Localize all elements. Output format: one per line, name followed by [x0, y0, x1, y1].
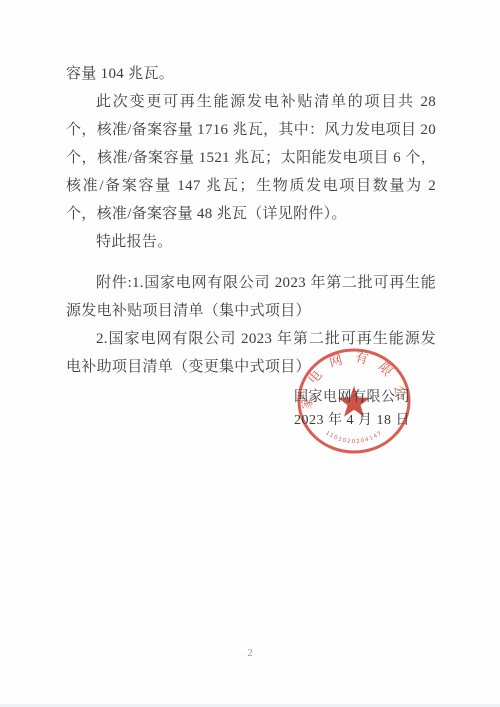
page-number: 2	[0, 647, 500, 659]
paragraph-capacity: 容量 104 兆瓦。	[66, 60, 436, 88]
signature-date: 2023 年 4 月 18 日	[292, 409, 412, 432]
paragraph-change-summary: 此次变更可再生能源发电补贴清单的项目共 28 个，核准/备案容量 1716 兆瓦…	[66, 88, 436, 228]
document-body: 容量 104 兆瓦。 此次变更可再生能源发电补贴清单的项目共 28 个，核准/备…	[66, 60, 436, 381]
paragraph-hereby-report: 特此报告。	[66, 228, 436, 256]
signature-company: 国家电网有限公司	[292, 386, 412, 409]
document-page: 容量 104 兆瓦。 此次变更可再生能源发电补贴清单的项目共 28 个，核准/备…	[0, 0, 500, 707]
signature-block: 国家电网有限公司 2023 年 4 月 18 日	[292, 386, 412, 432]
seal-serial-number: 1101020204147	[324, 430, 383, 445]
seal-serial-holder: 1101020204147	[324, 430, 383, 445]
paragraph-attachment-1: 附件:1.国家电网有限公司 2023 年第二批可再生能源发电补贴项目清单（集中式…	[66, 269, 436, 325]
